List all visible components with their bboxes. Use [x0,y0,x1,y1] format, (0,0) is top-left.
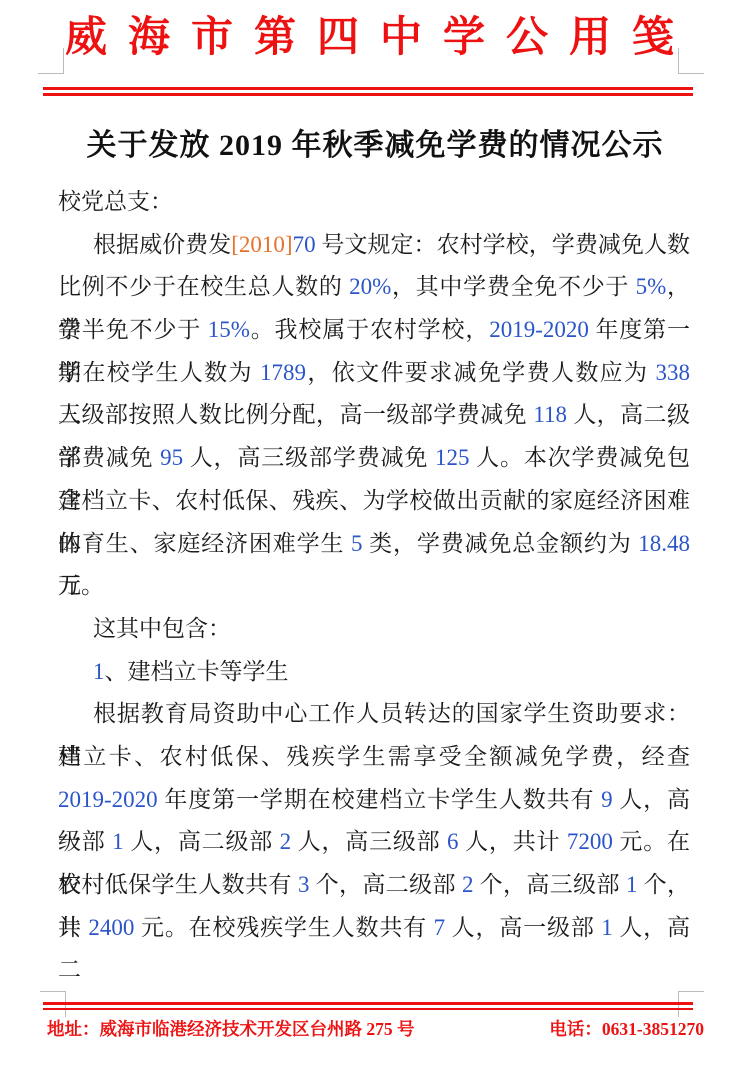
letterhead-school-name: 威海市第四中学公用笺 [0,8,750,68]
body-line: 期在校学生人数为 1789，依文件要求减免学费人数应为 338 人， [58,352,690,395]
document-title: 关于发放 2019 年秋季减免学费的情况公示 [0,120,750,164]
body-text: 人，高二级部 [124,829,280,854]
footer-phone: 电话：0631-3851270 [549,1016,704,1041]
number-highlight: 1 [112,829,124,854]
number-highlight: 95 [160,445,183,470]
number-highlight: 3 [298,872,310,897]
number-highlight: 5 [351,531,363,556]
body-text: 档立卡、农村低保、残疾学生需享受全额减免学费，经查 [58,744,690,769]
body-text: 类，学费减免总金额约为 [363,531,639,556]
body-text: 元。 [58,573,104,598]
number-highlight: 2019-2020 [58,787,158,812]
number-highlight: 70 [293,232,316,257]
footer-address: 地址：威海市临港经济技术开发区台州路 275 号 [47,1016,415,1041]
number-highlight: 1 [626,872,638,897]
number-highlight: 1 [93,659,105,684]
body-text: 年度第一学期在校建档立卡学生人数共有 [158,787,601,812]
text-boundary-mark-header-right [678,48,704,74]
body-text: 人，共计 [459,829,567,854]
body-line: 农村低保学生人数共有 3 个，高二级部 2 个，高三级部 1 个，共 [58,864,690,907]
number-highlight: 2 [462,872,474,897]
number-highlight: 1 [601,915,613,940]
number-highlight: 1789 [260,360,306,385]
body-line: 档立卡、农村低保、残疾学生需享受全额减免学费，经查 [58,736,690,779]
body-line: 根据教育局资助中心工作人员转达的国家学生资助要求：建 [58,693,690,736]
number-highlight: 7200 [567,829,613,854]
body-text: 三级部按照人数比例分配，高一级部学费减免 [58,402,533,427]
body-text: 费半免不少于 [58,317,208,342]
salutation: 校党总支： [58,181,690,224]
number-highlight: 2400 [88,915,134,940]
number-highlight: 6 [447,829,459,854]
body-text: 期在校学生人数为 [58,360,260,385]
footer: 地址：威海市临港经济技术开发区台州路 275 号 电话：0631-3851270 [47,1016,704,1041]
bracket-highlight: [2010] [231,232,292,257]
body-text: 体育生、家庭经济困难学生 [58,531,351,556]
body-text: 根据威价费发 [93,232,231,257]
number-highlight: 2019-2020 [489,317,589,342]
number-highlight: 9 [601,787,613,812]
body-line: 根据威价费发[2010]70 号文规定：农村学校，学费减免人数 [58,224,690,267]
body-text: 学费减免 [58,445,160,470]
body-text: 个，高二级部 [309,872,462,897]
body-text: 。我校属于农村学校， [250,317,489,342]
number-highlight: 18.48 [638,531,690,556]
body-text: 元。在校残疾学生人数共有 [134,915,433,940]
number-highlight: 5% [636,274,667,299]
body-line: 费半免不少于 15%。我校属于农村学校，2019-2020 年度第一学 [58,309,690,352]
body-text: 人，高三级部 [291,829,447,854]
body-text: 计 [58,915,88,940]
body-line: 体育生、家庭经济困难学生 5 类，学费减免总金额约为 18.48 万 [58,523,690,566]
body-line: 比例不少于在校生总人数的 20%，其中学费全免不少于 5%，学 [58,266,690,309]
document-body-lines: 根据威价费发[2010]70 号文规定：农村学校，学费减免人数比例不少于在校生总… [58,224,690,950]
body-line: 级部 1 人，高二级部 2 人，高三级部 6 人，共计 7200 元。在校 [58,821,690,864]
header-double-rule [43,87,693,96]
number-highlight: 338 [656,360,691,385]
body-text: 号文规定：农村学校，学费减免人数 [316,232,690,257]
body-text: 这其中包含： [93,616,231,641]
number-highlight: 20% [349,274,391,299]
text-boundary-mark-header-left [38,48,64,74]
body-text: 级部 [58,829,112,854]
body-text: 比例不少于在校生总人数的 [58,274,349,299]
body-line: 计 2400 元。在校残疾学生人数共有 7 人，高一级部 1 人，高二 [58,907,690,950]
number-highlight: 7 [434,915,446,940]
number-highlight: 2 [280,829,292,854]
body-text: ，其中学费全免不少于 [391,274,635,299]
body-text: 个，高三级部 [473,872,626,897]
body-line: 学费减免 95 人，高三级部学费减免 125 人。本次学费减免包含 [58,437,690,480]
body-line: 这其中包含： [58,608,690,651]
number-highlight: 125 [435,445,470,470]
footer-double-rule [43,1002,693,1010]
letterhead-page: 威海市第四中学公用笺 关于发放 2019 年秋季减免学费的情况公示 校党总支： … [0,0,750,1065]
number-highlight: 15% [208,317,250,342]
body-line: 2019-2020 年度第一学期在校建档立卡学生人数共有 9 人，高一 [58,779,690,822]
body-text: 人，高一级部 [445,915,601,940]
body-line: 建档立卡、农村低保、残疾、为学校做出贡献的家庭经济困难的 [58,480,690,523]
body-text: 、建档立卡等学生 [105,659,289,684]
body-text: ，依文件要求减免学费人数应为 [306,360,656,385]
document-body: 校党总支： 根据威价费发[2010]70 号文规定：农村学校，学费减免人数比例不… [58,181,690,949]
body-line: 三级部按照人数比例分配，高一级部学费减免 118 人，高二级部 [58,394,690,437]
body-line: 1、建档立卡等学生 [58,651,690,694]
body-line: 元。 [58,565,690,608]
number-highlight: 118 [533,402,567,427]
body-text: 农村低保学生人数共有 [58,872,298,897]
body-text: 人，高三级部学费减免 [183,445,435,470]
